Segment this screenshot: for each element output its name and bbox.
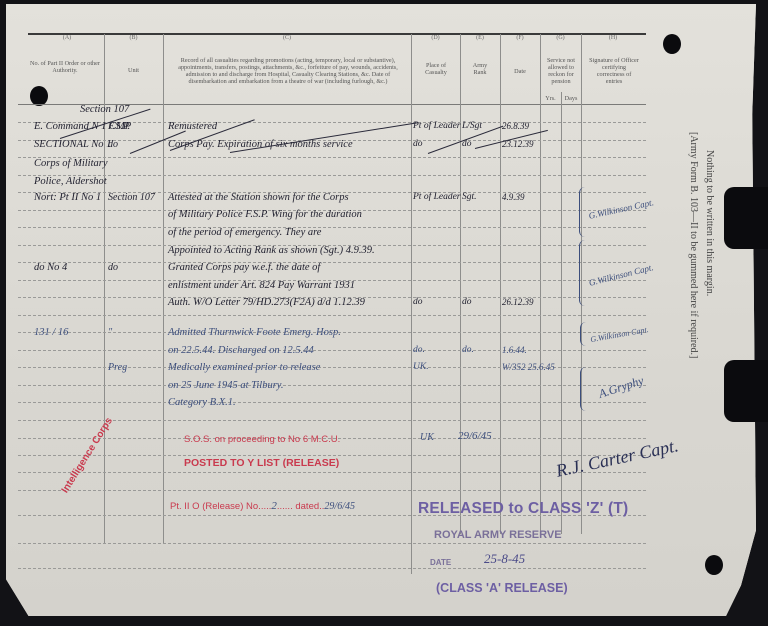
entry-cell-a: SECTIONAL No 1: [34, 139, 111, 150]
sos-date: 29/6/45: [458, 430, 492, 442]
punch-hole-top-left: [30, 86, 48, 106]
entry-cell-f: W/352 25.6.45: [502, 362, 555, 372]
punch-hole-top-right: [663, 34, 681, 54]
entry-cell-c: on 22.5.44. Discharged on 12.5.44: [168, 345, 314, 356]
entry-cell-e: do: [462, 297, 472, 307]
col-divider-d-e: [460, 34, 461, 534]
entry-cell-c: Category B.X.1.: [168, 397, 236, 408]
part-ii-order-prefix: Pt. II O (Release) No.: [170, 501, 261, 512]
col-header-g-yrs: Yrs.: [540, 95, 561, 102]
entry-cell-d: Pt of Leader: [413, 192, 461, 202]
release-date-value: 25-8-45: [484, 551, 525, 567]
ruled-line: [18, 175, 646, 176]
entry-cell-f: 26.8.39: [502, 121, 529, 131]
sos-stamp: S.O.S. on proceeding to No 6 M.C.U.: [184, 434, 340, 445]
signature-brace: [580, 367, 586, 411]
entry-cell-f: 1.6.44.: [502, 345, 527, 355]
col-header-d: Place of Casualty: [418, 62, 454, 76]
col-divider-c-d: [411, 34, 412, 574]
entry-cell-b: Preg: [108, 362, 127, 373]
binder-tab-lower: [724, 360, 768, 422]
col-divider-e-f: [500, 34, 501, 534]
part-ii-order-stamp: Pt. II O (Release) No.....2...... dated.…: [170, 500, 355, 512]
ruled-line: [18, 385, 646, 386]
royal-army-reserve-stamp: ROYAL ARMY RESERVE: [434, 529, 562, 541]
col-header-b: Unit: [104, 67, 163, 74]
entry-cell-e: Sgt.: [462, 192, 477, 202]
col-header-f: Date: [500, 68, 540, 75]
ruled-line: [18, 568, 646, 569]
dotted-fill: ....: [261, 501, 272, 512]
ruled-line: [18, 350, 646, 351]
punch-hole-bottom-right: [705, 555, 723, 575]
entry-cell-a: Nort: Pt II No 1: [34, 192, 101, 203]
ruled-line: [18, 227, 646, 228]
entry-cell-d: UK.: [413, 362, 429, 372]
released-class-z-stamp: RELEASED to CLASS 'Z' (T): [418, 500, 628, 518]
entry-cell-d: do: [413, 139, 423, 149]
binder-tab-upper: [724, 187, 768, 249]
entry-cell-e: do.: [462, 345, 474, 355]
signature-brace: [580, 322, 586, 346]
entry-cell-c: Admitted Thurnwick Foote Emerg. Hosp.: [168, 327, 341, 338]
col-divider-b-c: [163, 34, 164, 544]
entry-cell-c: Auth. W/O Letter 79/HD.273(F2A) d/d 1.12…: [168, 297, 365, 308]
entry-cell-d: do.: [413, 345, 425, 355]
col-letter-a: (A): [30, 35, 104, 41]
col-letter-f: (F): [500, 35, 540, 41]
col-header-a: No. of Part II Order or other Authority.: [30, 60, 100, 74]
col-letter-g: (G): [540, 35, 581, 41]
entry-cell-c: enlistment under Art. 824 Pay Warrant 19…: [168, 280, 355, 291]
entry-cell-f: 26.12.39: [502, 297, 534, 307]
ruled-line: [18, 157, 646, 158]
col-letter-d: (D): [411, 35, 460, 41]
col-header-g-days: Days: [561, 95, 581, 102]
part-ii-dated-label: dated: [295, 501, 319, 512]
entry-cell-a: Section 107: [80, 104, 129, 115]
entry-cell-a: Corps of Military: [34, 158, 108, 169]
entry-cell-d: Pt of Leader: [413, 121, 461, 131]
entry-cell-c: of the period of emergency. They are: [168, 227, 321, 238]
entry-cell-b: do: [108, 139, 118, 150]
ruled-line: [18, 472, 646, 473]
col-letter-b: (B): [104, 35, 163, 41]
col-divider-f-g: [540, 34, 541, 534]
entry-cell-a: do No 4: [34, 262, 67, 273]
col-header-c: Record of all casualties regarding promo…: [170, 57, 406, 85]
army-form-sheet: [6, 4, 756, 616]
entry-cell-c: Appointed to Acting Rank as shown (Sgt.)…: [168, 245, 375, 256]
entry-cell-e: L/Sgt: [462, 121, 482, 131]
col-header-g: Service not allowed to reckon for pensio…: [541, 57, 581, 85]
signature-brace: [579, 240, 585, 306]
sos-place: UK: [420, 432, 434, 443]
ruled-line: [18, 490, 646, 491]
entry-cell-c: Medically examined prior to release: [168, 362, 320, 373]
ruled-line: [18, 315, 646, 316]
posted-y-list-stamp: POSTED TO Y LIST (RELEASE): [184, 457, 339, 469]
entry-cell-c: on 25 June 1945 at Tilbury.: [168, 380, 284, 391]
entry-cell-c: Attested at the Station shown for the Co…: [168, 192, 349, 203]
ruled-line: [18, 543, 646, 544]
form-number-margin: [Army Form B. 103—II to be gummed here i…: [688, 132, 699, 358]
margin-notice: Nothing to be written in this margin.: [704, 150, 715, 296]
entry-cell-b: ": [108, 327, 112, 338]
col-letter-c: (C): [163, 35, 411, 41]
part-ii-order-date: 29/6/45: [324, 501, 355, 512]
entry-cell-a: 131 / 16: [34, 327, 68, 338]
col-letter-e: (E): [460, 35, 500, 41]
col-header-e: Army Rank: [466, 62, 494, 76]
entry-cell-c: Remustered: [168, 121, 217, 132]
class-a-release-stamp: (CLASS 'A' RELEASE): [436, 581, 568, 595]
col-header-h: Signature of Officer certifying correctn…: [588, 57, 640, 85]
col-letter-h: (H): [581, 35, 645, 41]
entry-cell-c: Granted Corps pay w.e.f. the date of: [168, 262, 320, 273]
entry-cell-f: 4.9.39: [502, 192, 525, 202]
entry-cell-d: do: [413, 297, 423, 307]
release-date-label: DATE: [430, 558, 451, 567]
signature-brace: [579, 187, 585, 237]
entry-cell-b: do: [108, 262, 118, 273]
entry-cell-b: Section 107: [108, 192, 155, 203]
ruled-line: [18, 455, 646, 456]
dotted-fill: ......: [277, 501, 295, 512]
entry-cell-b: F.S.P.: [108, 121, 130, 132]
entry-cell-c: of Military Police F.S.P. Wing for the d…: [168, 209, 362, 220]
ruled-line: [18, 402, 646, 403]
entry-cell-a: Police, Aldershot: [34, 176, 107, 187]
